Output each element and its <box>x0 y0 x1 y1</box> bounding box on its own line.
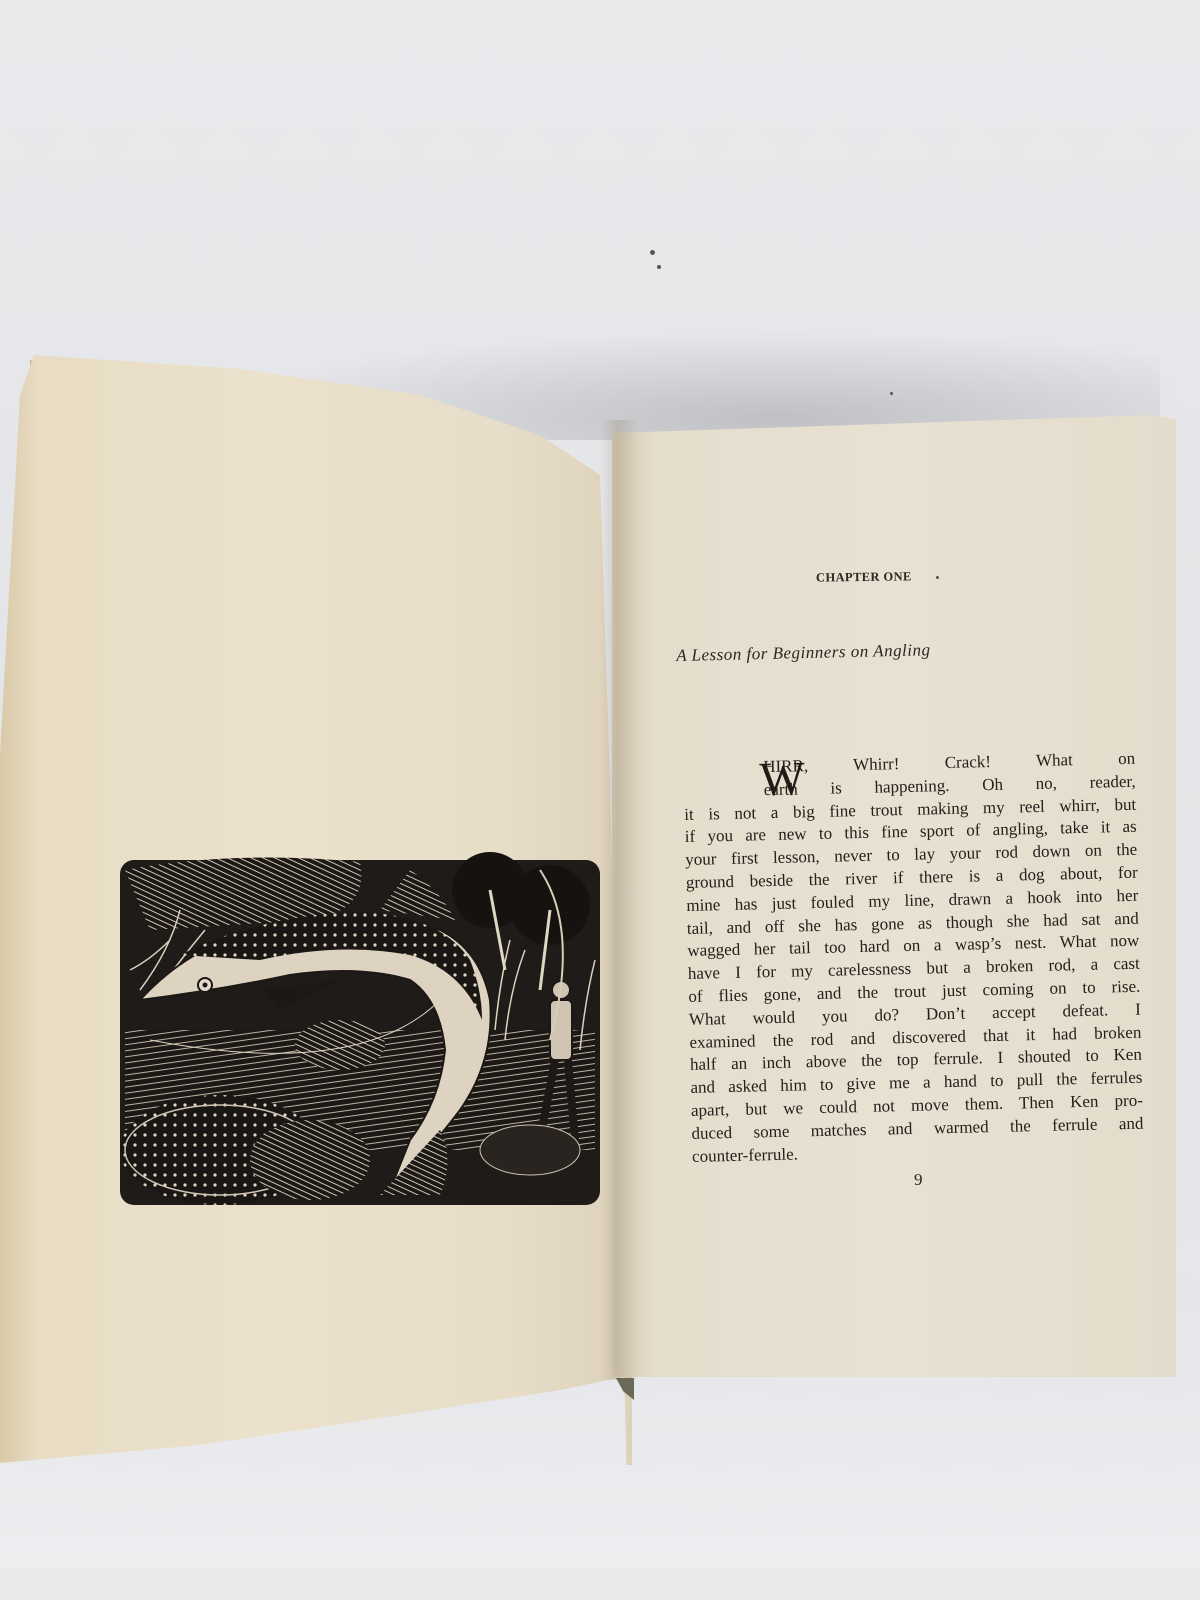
dust-speck <box>657 265 661 269</box>
chapter-body-text: W HIRR, Whirr! Crack! What on earth is h… <box>683 748 1144 1168</box>
trout-engraving-illustration <box>110 850 606 1210</box>
drop-cap: W <box>759 757 805 802</box>
dust-speck <box>890 392 893 395</box>
dust-speck <box>650 250 655 255</box>
chapter-label: CHAPTER ONE <box>816 569 912 585</box>
ink-speck <box>936 576 939 579</box>
book-gutter <box>600 420 640 1380</box>
page-number: 9 <box>914 1170 923 1190</box>
